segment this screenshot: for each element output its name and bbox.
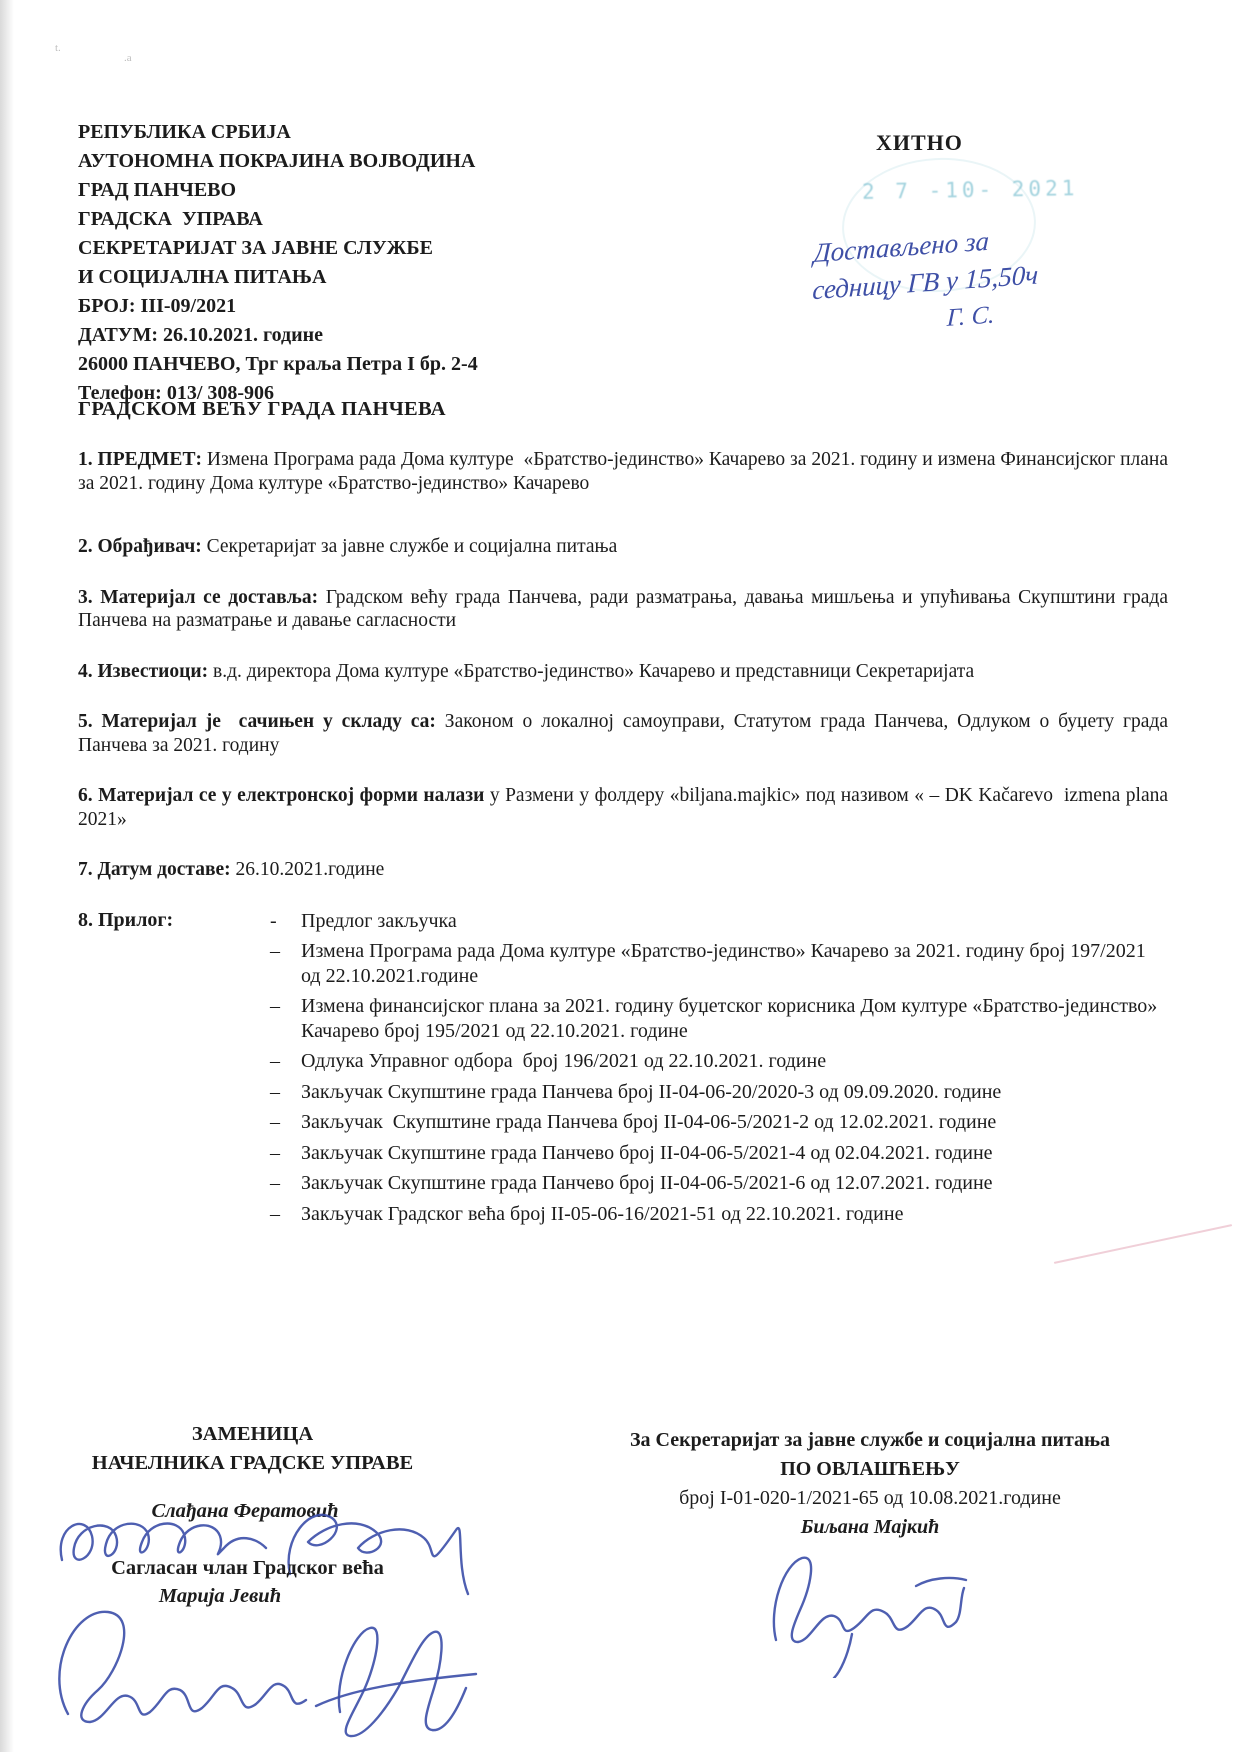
urgent-label: ХИТНО [876, 130, 963, 156]
section-legal-basis: 5. Материјал је сачињен у складу са:Зако… [78, 710, 1168, 757]
left-signature-title-line1: ЗАМЕНИЦА [80, 1420, 425, 1449]
section-text: в.д. директора Дома културе «Братство-је… [213, 661, 974, 682]
bullet: – [270, 994, 280, 1019]
signature-ink-majkic [748, 1528, 978, 1678]
document-body: 1. ПРЕДМЕТ:Измена Програма рада Дома кул… [78, 448, 1168, 1239]
section-text: 26.10.2021.године [236, 859, 385, 880]
bullet: – [270, 1049, 280, 1074]
right-signature-line3: број I-01-020-1/2021-65 од 10.08.2021.го… [555, 1484, 1185, 1513]
section-processor: 2. Обрађивач:Секретаријат за јавне служб… [78, 535, 1168, 559]
attachment-text: Измена Програма рада Дома културе «Братс… [301, 940, 1151, 987]
scan-edge-shadow [0, 0, 14, 1752]
right-signature-line1: За Секретаријат за јавне службе и соција… [555, 1426, 1185, 1455]
signature-ink-jevic [52, 1592, 492, 1747]
letterhead-line: СЕКРЕТАРИЈАТ ЗА ЈАВНЕ СЛУЖБЕ [78, 234, 478, 263]
section-label: 2. Обрађивач: [78, 536, 207, 557]
bullet: – [270, 1110, 280, 1135]
scanned-document-page: t. .a РЕПУБЛИКА СРБИЈААУТОНОМНА ПОКРАЈИН… [0, 0, 1240, 1752]
attachment-text: Закључак Скупштине града Панчева број II… [301, 1111, 996, 1133]
bullet: – [270, 1202, 280, 1227]
date-stamp: 2 7 -10- 2021 [862, 176, 1079, 204]
section-label: 6. Материјал се у електронској форми нал… [78, 785, 490, 806]
left-signature-name-feratovic: Слађана Фератовић [95, 1500, 395, 1523]
attachment-item: –Измена Програма рада Дома културе «Брат… [268, 939, 1168, 988]
letterhead-line: БРОЈ: III-09/2021 [78, 292, 478, 321]
attachment-item: –Измена финансијског плана за 2021. годи… [268, 994, 1168, 1043]
letterhead-line: ГРАДСКА УПРАВА [78, 205, 478, 234]
scan-speck: t. [55, 42, 61, 54]
handwritten-note-line1: Достављено за [813, 226, 989, 268]
attachment-item: –Закључак Скупштине града Панчева број I… [268, 1080, 1168, 1105]
section-label: 1. ПРЕДМЕТ: [78, 449, 207, 470]
section-subject: 1. ПРЕДМЕТ:Измена Програма рада Дома кул… [78, 448, 1168, 495]
section-text: Секретаријат за јавне службе и социјална… [207, 536, 618, 557]
section-electronic-form: 6. Материјал се у електронској форми нал… [78, 784, 1168, 831]
letterhead-line: И СОЦИЈАЛНА ПИТАЊА [78, 263, 478, 292]
attachments-section: 8. Прилог: -Предлог закључка –Измена Про… [78, 909, 1168, 1239]
right-signature-line2: ПО ОВЛАШЋЕЊУ [555, 1455, 1185, 1484]
attachment-item: –Одлука Управног одбора број 196/2021 од… [268, 1049, 1168, 1074]
attachments-list: -Предлог закључка –Измена Програма рада … [268, 909, 1168, 1227]
section-label: 4. Известиоци: [78, 661, 213, 682]
attachment-item: –Закључак Скупштине града Панчево број I… [268, 1141, 1168, 1166]
left-signature-name-jevic: Марија Јевић [75, 1585, 365, 1608]
section-delivery-date: 7. Датум доставе:26.10.2021.године [78, 858, 1168, 882]
recipient-heading: ГРАДСКОМ ВЕЋУ ГРАДА ПАНЧЕВА [78, 398, 446, 421]
attachment-text: Закључак Скупштине града Панчева број II… [301, 1081, 1001, 1103]
right-signature-block: За Секретаријат за јавне службе и соција… [555, 1426, 1185, 1542]
attachment-text: Закључак Скупштине града Панчево број II… [301, 1172, 993, 1194]
left-signature-agree-line: Сагласан члан Градског већа [75, 1557, 420, 1580]
attachment-item: –Закључак Скупштине града Панчева број I… [268, 1110, 1168, 1135]
left-signature-title: ЗАМЕНИЦА НАЧЕЛНИКА ГРАДСКЕ УПРАВЕ [80, 1420, 425, 1478]
attachments-label: 8. Прилог: [78, 909, 173, 933]
attachment-text: Измена финансијског плана за 2021. годин… [301, 995, 1162, 1042]
attachment-text: Закључак Скупштине града Панчево број II… [301, 1142, 993, 1164]
letterhead-line: ДАТУМ: 26.10.2021. године [78, 321, 478, 350]
section-delivered-to: 3. Материјал се доставља:Градском већу г… [78, 586, 1168, 633]
attachment-text: Предлог закључка [301, 910, 457, 932]
handwritten-note: Достављено за седницу ГВ у 15,50ч Г. С. [810, 213, 1133, 347]
letterhead-line: АУТОНОМНА ПОКРАЈИНА ВОЈВОДИНА [78, 147, 478, 176]
bullet: – [270, 1080, 280, 1105]
bullet: - [270, 909, 277, 934]
left-signature-title-line2: НАЧЕЛНИКА ГРАДСКЕ УПРАВЕ [80, 1449, 425, 1478]
bullet: – [270, 1171, 280, 1196]
attachment-text: Одлука Управног одбора број 196/2021 од … [301, 1050, 826, 1072]
attachment-item: –Закључак Скупштине града Панчево број I… [268, 1171, 1168, 1196]
letterhead-line: РЕПУБЛИКА СРБИЈА [78, 118, 478, 147]
section-label: 5. Материјал је сачињен у складу са: [78, 711, 445, 732]
letterhead-line: 26000 ПАНЧЕВО, Трг краља Петра I бр. 2-4 [78, 350, 478, 379]
section-reporters: 4. Известиоци:в.д. директора Дома култур… [78, 660, 1168, 684]
attachment-item: -Предлог закључка [268, 909, 1168, 934]
letterhead-line: ГРАД ПАНЧЕВО [78, 176, 478, 205]
scan-speck: .a [124, 52, 132, 64]
section-label: 7. Датум доставе: [78, 859, 236, 880]
attachment-item: –Закључак Градског већа број II-05-06-16… [268, 1202, 1168, 1227]
bullet: – [270, 939, 280, 964]
section-text: Измена Програма рада Дома културе «Братс… [78, 449, 1173, 494]
bullet: – [270, 1141, 280, 1166]
section-label: 3. Материјал се доставља: [78, 587, 326, 608]
attachment-text: Закључак Градског већа број II-05-06-16/… [301, 1203, 903, 1225]
right-signature-name-majkic: Биљана Мајкић [555, 1513, 1185, 1542]
letterhead: РЕПУБЛИКА СРБИЈААУТОНОМНА ПОКРАЈИНА ВОЈВ… [78, 118, 478, 408]
